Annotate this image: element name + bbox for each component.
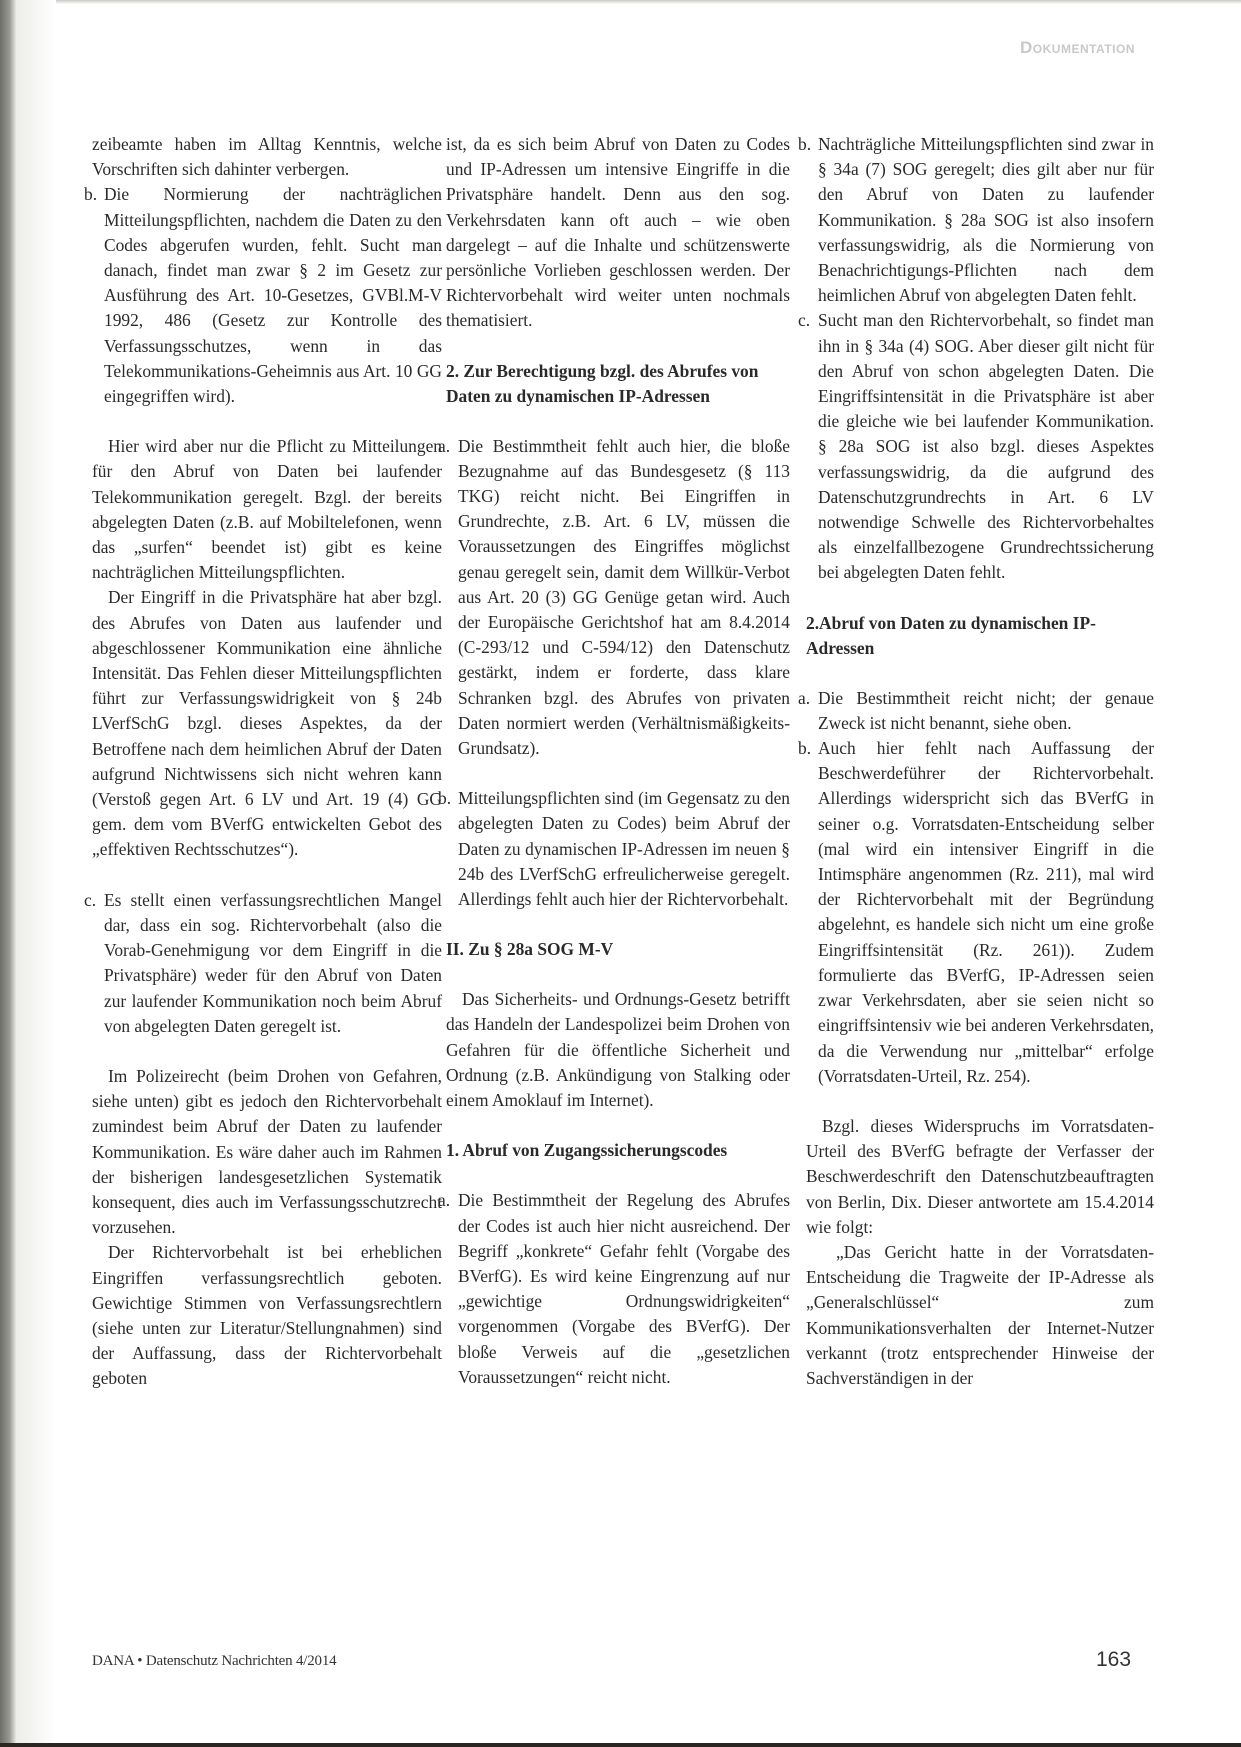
section-heading: II. Zu § 28a SOG M-V: [446, 937, 790, 962]
list-item-text: Nachträgliche Mitteilungspflichten sind …: [818, 132, 1154, 308]
list-marker: a.: [798, 686, 818, 736]
list-marker: b.: [798, 132, 818, 308]
list-item-text: Auch hier fehlt nach Auffassung der Besc…: [818, 736, 1154, 1089]
scan-edge-top: [0, 0, 1241, 4]
list-item-text: Die Bestimmtheit reicht nicht; der ge­na…: [818, 686, 1154, 736]
list-item-a: a. Die Bestimmtheit fehlt auch hier, die…: [446, 434, 790, 762]
list-marker: b.: [438, 786, 458, 912]
list-item-text: Die Bestimmtheit fehlt auch hier, die bl…: [458, 434, 790, 762]
scan-edge-bottom: [0, 1743, 1241, 1747]
list-item-text: Es stellt einen verfassungsrechtlichen M…: [104, 888, 442, 1039]
column-3: b. Nachträgliche Mitteilungspflichten si…: [806, 132, 1154, 1391]
section-label: Dokumentation: [1020, 38, 1135, 58]
list-marker: c.: [798, 308, 818, 585]
publication-footer: DANA • Datenschutz Nachrichten 4/2014: [92, 1653, 336, 1670]
paragraph: Der Richtervorbehalt ist bei erheb­liche…: [92, 1240, 442, 1391]
list-item-c: c. Sucht man den Richtervorbehalt, so fi…: [806, 308, 1154, 585]
section-heading: 2.Abruf von Daten zu dynamischen IP-Adre…: [806, 611, 1154, 661]
paragraph: Hier wird aber nur die Pflicht zu Mit­te…: [92, 434, 442, 585]
column-2: ist, da es sich beim Abruf von Daten zu …: [446, 132, 790, 1390]
paragraph: Das Sicherheits- und Ordnungs-Ge­setz be…: [446, 987, 790, 1113]
column-1: zeibeamte haben im Alltag Kenntnis, welc…: [92, 132, 442, 1392]
list-item-text: Sucht man den Richtervorbehalt, so finde…: [818, 308, 1154, 585]
list-item-text: Die Bestimmtheit der Regelung des Abrufe…: [458, 1188, 790, 1390]
paragraph: Bzgl. dieses Widerspruchs im Vor­ratsdat…: [806, 1114, 1154, 1240]
list-marker: a.: [438, 434, 458, 762]
list-item-text: Die Normierung der nachträglichen Mittei…: [104, 182, 442, 409]
scan-edge-left: [0, 0, 16, 1747]
paragraph: Im Polizeirecht (beim Drohen von Ge­fahr…: [92, 1064, 442, 1240]
page-number: 163: [1096, 1648, 1131, 1672]
paragraph: ist, da es sich beim Abruf von Daten zu …: [446, 132, 790, 334]
paragraph: Der Eingriff in die Privatsphäre hat abe…: [92, 585, 442, 862]
list-marker: a.: [438, 1188, 458, 1390]
paragraph: zeibeamte haben im Alltag Kenntnis, welc…: [92, 132, 442, 182]
list-item-b: b. Nachträgliche Mitteilungspflichten si…: [806, 132, 1154, 308]
quote-paragraph: „Das Gericht hatte in der Vorrats­daten-…: [806, 1240, 1154, 1391]
list-marker: b.: [84, 182, 104, 409]
list-item-text: Mitteilungspflichten sind (im Ge­gensatz…: [458, 786, 790, 912]
list-marker: b.: [798, 736, 818, 1089]
list-item-b: b. Die Normierung der nachträglichen Mit…: [92, 182, 442, 409]
scan-shadow-left: [16, 0, 56, 1747]
list-item-b: b. Mitteilungspflichten sind (im Ge­gens…: [446, 786, 790, 912]
list-item-b: b. Auch hier fehlt nach Auffassung der B…: [806, 736, 1154, 1089]
list-item-a: a. Die Bestimmtheit reicht nicht; der ge…: [806, 686, 1154, 736]
section-heading: 2. Zur Berechtigung bzgl. des Abrufes vo…: [446, 359, 790, 409]
list-item-a: a. Die Bestimmtheit der Regelung des Abr…: [446, 1188, 790, 1390]
section-heading: 1. Abruf von Zugangssicherungscodes: [446, 1138, 790, 1163]
list-marker: c.: [84, 888, 104, 1039]
list-item-c: c. Es stellt einen verfassungsrechtliche…: [92, 888, 442, 1039]
